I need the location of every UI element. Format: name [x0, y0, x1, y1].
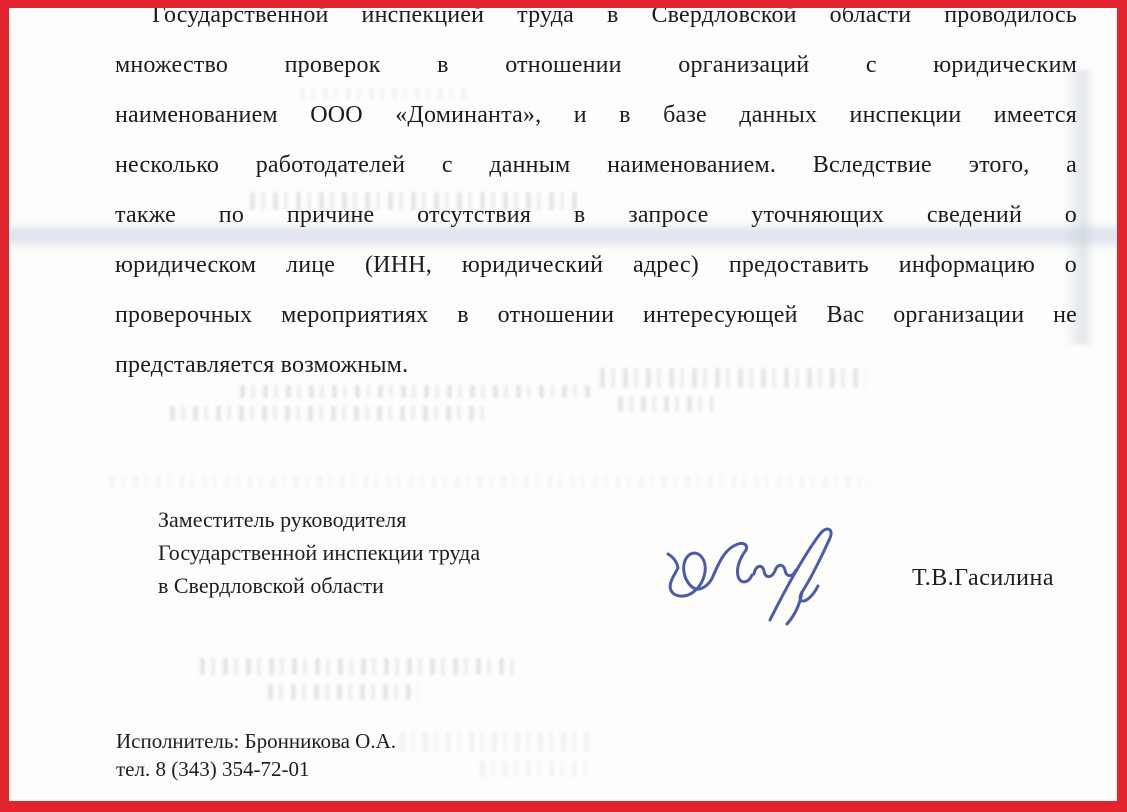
- bleed-through-artifact: [200, 658, 520, 675]
- body-line: представляется возможным.: [115, 340, 1077, 390]
- bleed-through-artifact: [618, 396, 713, 412]
- bleed-through-artifact: [400, 732, 595, 752]
- bleed-through-artifact: [480, 761, 590, 777]
- phone-line: тел. 8 (343) 354-72-01: [116, 755, 396, 783]
- letter-paper: Государственной инспекцией труда в Сверд…: [9, 8, 1117, 801]
- bleed-through-artifact: [268, 684, 418, 700]
- executor-block: Исполнитель: Бронникова О.А. тел. 8 (343…: [116, 727, 396, 783]
- signer-name: Т.В.Гасилина: [912, 563, 1054, 593]
- bleed-through-artifact: [170, 406, 490, 421]
- handwritten-signature-icon: [650, 492, 870, 642]
- signer-position-line: Заместитель руководителя: [158, 503, 480, 536]
- body-line: наименованием ООО «Доминанта», и в базе …: [115, 90, 1077, 140]
- body-line: множество проверок в отношении организац…: [115, 40, 1077, 90]
- body-line: также по причине отсутствия в запросе ут…: [115, 190, 1077, 240]
- signer-position-block: Заместитель руководителя Государственной…: [158, 503, 480, 602]
- body-line: проверочных мероприятиях в отношении инт…: [115, 290, 1077, 340]
- bleed-through-artifact: [110, 476, 870, 488]
- signer-position-line: в Свердловской области: [158, 569, 480, 602]
- scanned-letter-page: Государственной инспекцией труда в Сверд…: [0, 0, 1127, 812]
- body-line: юридическом лице (ИНН, юридический адрес…: [115, 240, 1077, 290]
- executor-line: Исполнитель: Бронникова О.А.: [116, 727, 396, 755]
- signer-position-line: Государственной инспекции труда: [158, 536, 480, 569]
- body-line: Государственной инспекцией труда в Сверд…: [115, 0, 1077, 40]
- body-line: несколько работодателей с данным наимено…: [115, 140, 1077, 190]
- letter-body-paragraph: Государственной инспекцией труда в Сверд…: [115, 0, 1077, 390]
